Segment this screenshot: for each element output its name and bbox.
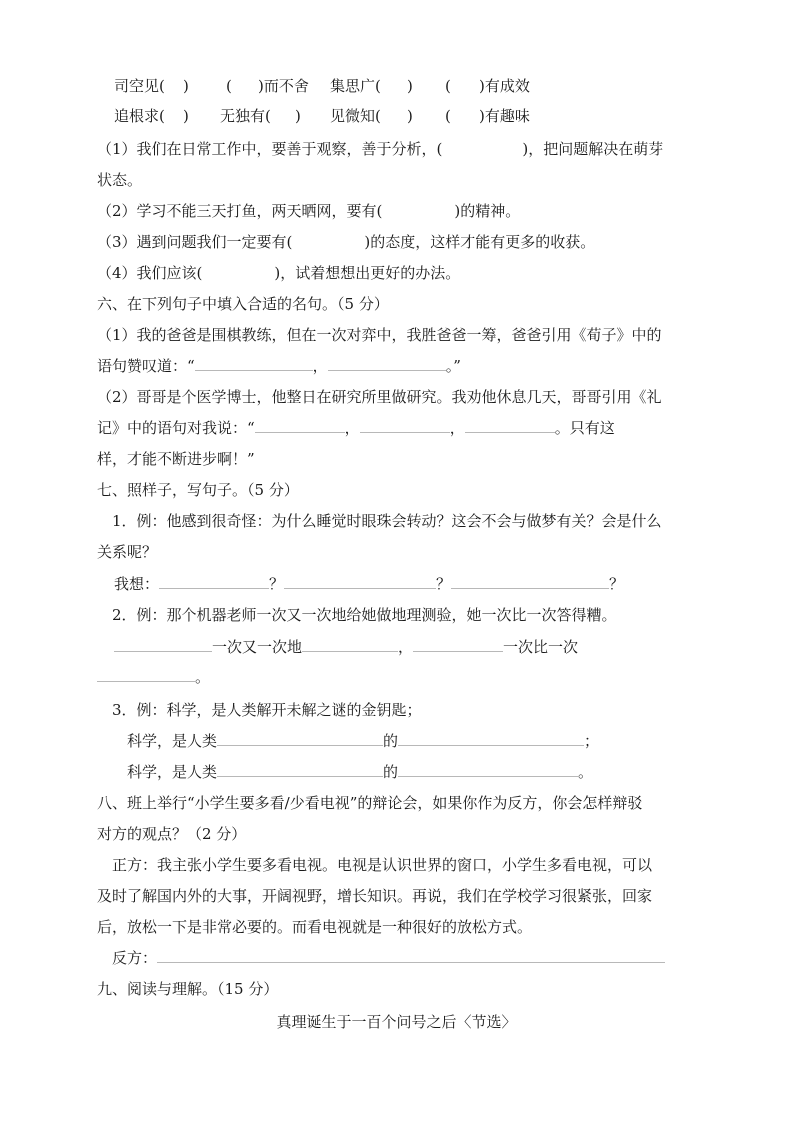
answer-blank[interactable] bbox=[360, 418, 450, 433]
answer-blank[interactable] bbox=[328, 356, 446, 371]
answer-blank[interactable] bbox=[398, 762, 578, 777]
item-text: （2）学习不能三天打鱼，两天晒网，要有( bbox=[97, 202, 382, 220]
section-6-q2-line3: 样，才能不断进步啊！” bbox=[97, 449, 255, 469]
item-text: ， bbox=[345, 419, 360, 437]
item-text: 的 bbox=[383, 732, 398, 750]
item-text: 。 bbox=[578, 763, 593, 781]
section-8-pro-line1: 正方：我主张小学生要多看电视。电视是认识世界的窗口，小学生多看电视，可以 bbox=[112, 855, 652, 875]
item-text: )的态度，这样才能有更多的收获。 bbox=[364, 233, 595, 251]
idiom-paren: ) bbox=[295, 106, 301, 126]
section-7-ex1-line1: 1．例：他感到很奇怪：为什么睡觉时眼珠会转动？这会不会与做梦有关？会是什么 bbox=[112, 511, 662, 531]
idiom-text: 见微知( bbox=[330, 106, 381, 126]
section-8-pro-line2: 及时了解国内外的大事，开阔视野，增长知识。再说，我们在学校学习很紧张，回家 bbox=[97, 886, 652, 906]
idiom-paren: ) bbox=[407, 76, 413, 96]
section-8-heading-line1: 八、班上举行“小学生要多看/少看电视”的辩论会，如果你作为反方，你会怎样辩驳 bbox=[97, 793, 642, 813]
answer-blank[interactable] bbox=[413, 637, 503, 652]
idiom-text: )有趣味 bbox=[479, 106, 530, 126]
item-text: 科学，是人类 bbox=[127, 763, 217, 781]
item-text: （1）我们在日常工作中，要善于观察，善于分析，( bbox=[97, 140, 442, 158]
fill-item-2: （2）学习不能三天打鱼，两天晒网，要有()的精神。 bbox=[97, 201, 520, 221]
section-8-heading-line2: 对方的观点？（2 分） bbox=[97, 824, 246, 844]
section-7-ex3-answer-b: 科学，是人类的。 bbox=[127, 762, 593, 782]
answer-blank[interactable] bbox=[217, 762, 383, 777]
section-6-q2-line2: 记》中的语句对我说：“，，。只有这 bbox=[97, 418, 615, 438]
answer-blank[interactable] bbox=[255, 418, 345, 433]
passage-title: 真理诞生于一百个问号之后〈节选〉 bbox=[0, 1012, 793, 1032]
section-6-q2-line1: （2）哥哥是个医学博士，他整日在研究所里做研究。我劝他休息几天，哥哥引用《礼 bbox=[97, 387, 662, 407]
answer-blank[interactable] bbox=[114, 637, 212, 652]
item-text: 。只有这 bbox=[555, 419, 615, 437]
idiom-text: )而不舍 bbox=[258, 76, 309, 96]
item-text: （4）我们应该( bbox=[97, 264, 202, 282]
item-text: )，把问题解决在萌芽 bbox=[522, 140, 663, 158]
item-text: )，试着想想出更好的办法。 bbox=[274, 264, 460, 282]
item-text: ？ bbox=[609, 575, 624, 593]
item-text: 反方： bbox=[112, 949, 157, 967]
item-text: ， bbox=[313, 357, 328, 375]
section-7-ex2-answer: 一次又一次地，一次比一次 bbox=[114, 637, 578, 657]
section-7-ex1-line2: 关系呢？ bbox=[97, 542, 157, 562]
item-text: ； bbox=[584, 732, 599, 750]
answer-blank[interactable] bbox=[157, 948, 665, 963]
item-text: 一次又一次地 bbox=[212, 638, 302, 656]
section-8-pro-line3: 后，放松一下是非常必要的。而看电视就是一种很好的放松方式。 bbox=[97, 917, 532, 937]
idiom-paren: ( bbox=[226, 76, 232, 96]
answer-blank[interactable] bbox=[465, 418, 555, 433]
idiom-text: 集思广( bbox=[330, 76, 381, 96]
answer-blank[interactable] bbox=[159, 574, 269, 589]
answer-blank[interactable] bbox=[97, 667, 195, 682]
item-text: 我想： bbox=[114, 575, 159, 593]
idiom-text: 无独有( bbox=[220, 106, 271, 126]
section-7-ex3-answer-a: 科学，是人类的； bbox=[127, 731, 599, 751]
answer-blank[interactable] bbox=[284, 574, 436, 589]
section-9-heading: 九、阅读与理解。（15 分） bbox=[97, 979, 278, 999]
section-7-ex2-answer-cont: 。 bbox=[97, 667, 210, 687]
idiom-text: 追根求( bbox=[114, 106, 165, 126]
item-text: )的精神。 bbox=[454, 202, 520, 220]
section-6-q1-line1: （1）我的爸爸是围棋教练，但在一次对弈中，我胜爸爸一筹，爸爸引用《荀子》中的 bbox=[97, 325, 662, 345]
item-text: ， bbox=[450, 419, 465, 437]
item-text: 语句赞叹道：“ bbox=[97, 357, 195, 375]
idiom-paren: ( bbox=[445, 76, 451, 96]
idiom-text: )有成效 bbox=[479, 76, 530, 96]
answer-blank[interactable] bbox=[451, 574, 609, 589]
answer-blank[interactable] bbox=[302, 637, 398, 652]
idiom-paren: ) bbox=[183, 106, 189, 126]
item-text: ， bbox=[398, 638, 413, 656]
answer-blank[interactable] bbox=[217, 731, 383, 746]
section-7-heading: 七、照样子，写句子。（5 分） bbox=[97, 480, 299, 500]
item-text: 。” bbox=[446, 357, 461, 375]
section-7-ex2-line1: 2．例：那个机器老师一次又一次地给她做地理测验，她一次比一次答得糟。 bbox=[112, 605, 617, 625]
item-text: 科学，是人类 bbox=[127, 732, 217, 750]
fill-item-4: （4）我们应该()，试着想想出更好的办法。 bbox=[97, 263, 460, 283]
idiom-paren: ) bbox=[183, 76, 189, 96]
answer-blank[interactable] bbox=[195, 356, 313, 371]
section-6-heading: 六、在下列句子中填入合适的名句。（5 分） bbox=[97, 294, 389, 314]
answer-blank[interactable] bbox=[398, 731, 584, 746]
section-8-con-answer: 反方： bbox=[112, 948, 665, 968]
item-text: 。 bbox=[195, 668, 210, 686]
item-text: ？ bbox=[269, 575, 284, 593]
fill-item-1: （1）我们在日常工作中，要善于观察，善于分析，()，把问题解决在萌芽 bbox=[97, 139, 663, 159]
fill-item-3: （3）遇到问题我们一定要有()的态度，这样才能有更多的收获。 bbox=[97, 232, 595, 252]
idiom-paren: ) bbox=[407, 106, 413, 126]
section-7-ex1-answer: 我想：？？？ bbox=[114, 574, 624, 594]
section-7-ex3-line1: 3．例：科学，是人类解开未解之谜的金钥匙； bbox=[112, 700, 422, 720]
idiom-paren: ( bbox=[445, 106, 451, 126]
idiom-text: 司空见( bbox=[114, 76, 165, 96]
section-6-q1-line2: 语句赞叹道：“，。” bbox=[97, 356, 461, 376]
item-text: 一次比一次 bbox=[503, 638, 578, 656]
item-text: 的 bbox=[383, 763, 398, 781]
item-text: 记》中的语句对我说：“ bbox=[97, 419, 255, 437]
fill-item-1-cont: 状态。 bbox=[97, 170, 142, 190]
item-text: （3）遇到问题我们一定要有( bbox=[97, 233, 292, 251]
item-text: ？ bbox=[436, 575, 451, 593]
